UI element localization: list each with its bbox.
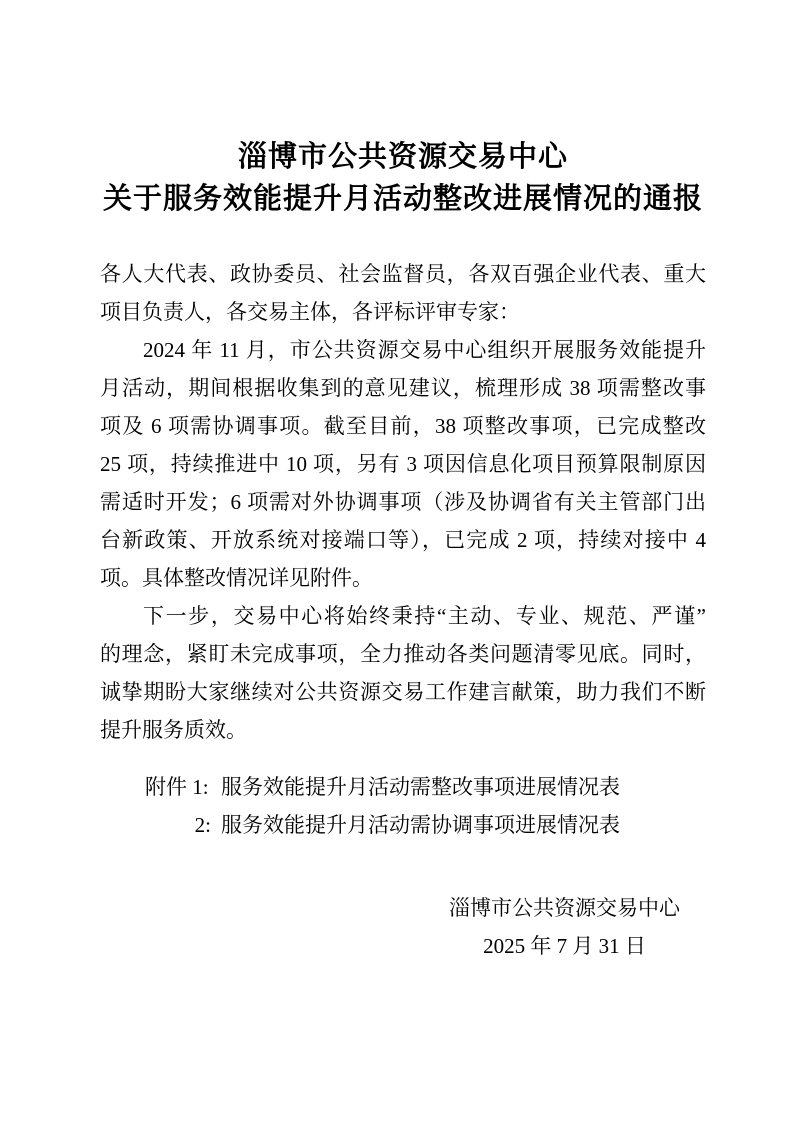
text-line: 需适时开发；6 项需对外协调事项（涉及协调省有关主管部门出	[100, 483, 706, 521]
signature-block: 淄博市公共资源交易中心 2025 年 7 月 31 日	[449, 889, 680, 965]
document-body: 各人大代表、政协委员、社会监督员，各双百强企业代表、重大项目负责人，各交易主体，…	[100, 255, 706, 749]
text-line: 诚挚期盼大家继续对公共资源交易工作建言献策，助力我们不断	[100, 673, 706, 711]
title-line-1: 淄博市公共资源交易中心	[100, 136, 706, 178]
attachment-row-1: 附件 1: 服务效能提升月活动需整改事项进展情况表	[100, 768, 706, 806]
text-line: 的理念，紧盯未完成事项，全力推动各类问题清零见底。同时，	[100, 635, 706, 673]
text-line: 项。具体整改情况详见附件。	[100, 559, 706, 597]
text-line: 项及 6 项需协调事项。截至目前，38 项整改事项，已完成整改	[100, 407, 706, 445]
attachment-number-1: 附件 1:	[145, 768, 211, 806]
text-line: 2024 年 11 月，市公共资源交易中心组织开展服务效能提升	[100, 331, 706, 369]
attachment-row-2: 2: 服务效能提升月活动需协调事项进展情况表	[100, 806, 706, 844]
attachment-number-2: 2:	[145, 806, 211, 844]
signature-org: 淄博市公共资源交易中心	[449, 889, 680, 927]
text-line: 25 项，持续推进中 10 项，另有 3 项因信息化项目预算限制原因	[100, 445, 706, 483]
text-line: 下一步，交易中心将始终秉持“主动、专业、规范、严谨”	[100, 597, 706, 635]
text-line: 项目负责人，各交易主体，各评标评审专家：	[100, 293, 706, 331]
title-line-2: 关于服务效能提升月活动整改进展情况的通报	[100, 178, 706, 220]
text-line: 各人大代表、政协委员、社会监督员，各双百强企业代表、重大	[100, 255, 706, 293]
paragraph-next-steps: 下一步，交易中心将始终秉持“主动、专业、规范、严谨”的理念，紧盯未完成事项，全力…	[100, 597, 706, 749]
attachments-list: 附件 1: 服务效能提升月活动需整改事项进展情况表 2: 服务效能提升月活动需协…	[100, 768, 706, 844]
signature-date: 2025 年 7 月 31 日	[449, 927, 680, 965]
attachment-title-2: 服务效能提升月活动需协调事项进展情况表	[221, 806, 620, 844]
document-page: 淄博市公共资源交易中心 关于服务效能提升月活动整改进展情况的通报 各人大代表、政…	[0, 0, 793, 1122]
text-line: 月活动，期间根据收集到的意见建议，梳理形成 38 项需整改事	[100, 369, 706, 407]
text-line: 台新政策、开放系统对接端口等），已完成 2 项，持续对接中 4	[100, 521, 706, 559]
paragraph-progress-summary: 2024 年 11 月，市公共资源交易中心组织开展服务效能提升月活动，期间根据收…	[100, 331, 706, 597]
attachment-title-1: 服务效能提升月活动需整改事项进展情况表	[221, 768, 620, 806]
paragraph-salutation: 各人大代表、政协委员、社会监督员，各双百强企业代表、重大项目负责人，各交易主体，…	[100, 255, 706, 331]
text-line: 提升服务质效。	[100, 711, 706, 749]
document-title: 淄博市公共资源交易中心 关于服务效能提升月活动整改进展情况的通报	[100, 136, 706, 220]
